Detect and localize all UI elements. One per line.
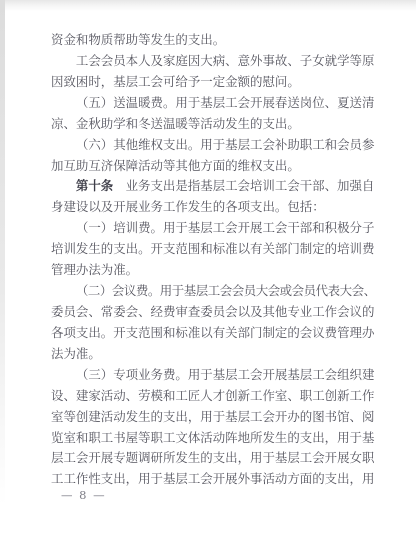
text-line: 法为准。 — [51, 344, 373, 365]
text-line: （五）送温暖费。用于基层工会开展春送岗位、夏送清 — [51, 93, 373, 114]
text-line: 因致困时，基层工会可给予一定金额的慰问。 — [51, 72, 373, 93]
text-line: 设、建家活动、劳模和工匠人才创新工作室、职工创新工作 — [51, 386, 373, 407]
text-line: 资金和物质帮助等发生的支出。 — [51, 30, 373, 51]
document-body: 资金和物质帮助等发生的支出。 工会会员本人及家庭因大病、意外事故、子女就学等原 … — [51, 30, 373, 490]
text-line: 工会会员本人及家庭因大病、意外事故、子女就学等原 — [51, 51, 373, 72]
page-number: — 8 — — [61, 488, 106, 502]
text-line: 层工会开展专题调研所发生的支出，用于基层工会开展女职 — [51, 448, 373, 469]
text-line: （一）培训费。用于基层工会开展工会干部和积极分子 — [51, 218, 373, 239]
text-line: 身建设以及开展业务工作发生的各项支出。包括： — [51, 197, 373, 218]
text-line: （三）专项业务费。用于基层工会开展基层工会组织建 — [51, 365, 373, 386]
text-line: 委员会、常委会、经费审查委员会以及其他专业工作会议的 — [51, 302, 373, 323]
text-line: 培训发生的支出。开支范围和标准以有关部门制定的培训费 — [51, 239, 373, 260]
text-line: 凉、金秋助学和冬送温暖等活动发生的支出。 — [51, 114, 373, 135]
text-line: 管理办法为准。 — [51, 260, 373, 281]
article-text: 业务支出是指基层工会培训工会干部、加强自 — [126, 178, 375, 193]
text-line: （二）会议费。用于基层工会会员大会或会员代表大会、 — [51, 281, 373, 302]
scan-edge-left — [0, 0, 5, 505]
text-line: 室等创建活动发生的支出，用于基层工会开办的图书馆、阅 — [51, 407, 373, 428]
text-line: 加互助互济保障活动等其他方面的维权支出。 — [51, 156, 373, 177]
scan-edge-top — [0, 0, 416, 11]
article-number: 第十条 — [76, 178, 113, 193]
text-line: 览室和职工书屋等职工文体活动阵地所发生的支出，用于基 — [51, 428, 373, 449]
text-line: 各项支出。开支范围和标准以有关部门制定的会议费管理办 — [51, 323, 373, 344]
text-line: （六）其他维权支出。用于基层工会补助职工和会员参 — [51, 135, 373, 156]
document-page: 资金和物质帮助等发生的支出。 工会会员本人及家庭因大病、意外事故、子女就学等原 … — [0, 0, 416, 546]
text-line-article: 第十条业务支出是指基层工会培训工会干部、加强自 — [51, 176, 373, 197]
